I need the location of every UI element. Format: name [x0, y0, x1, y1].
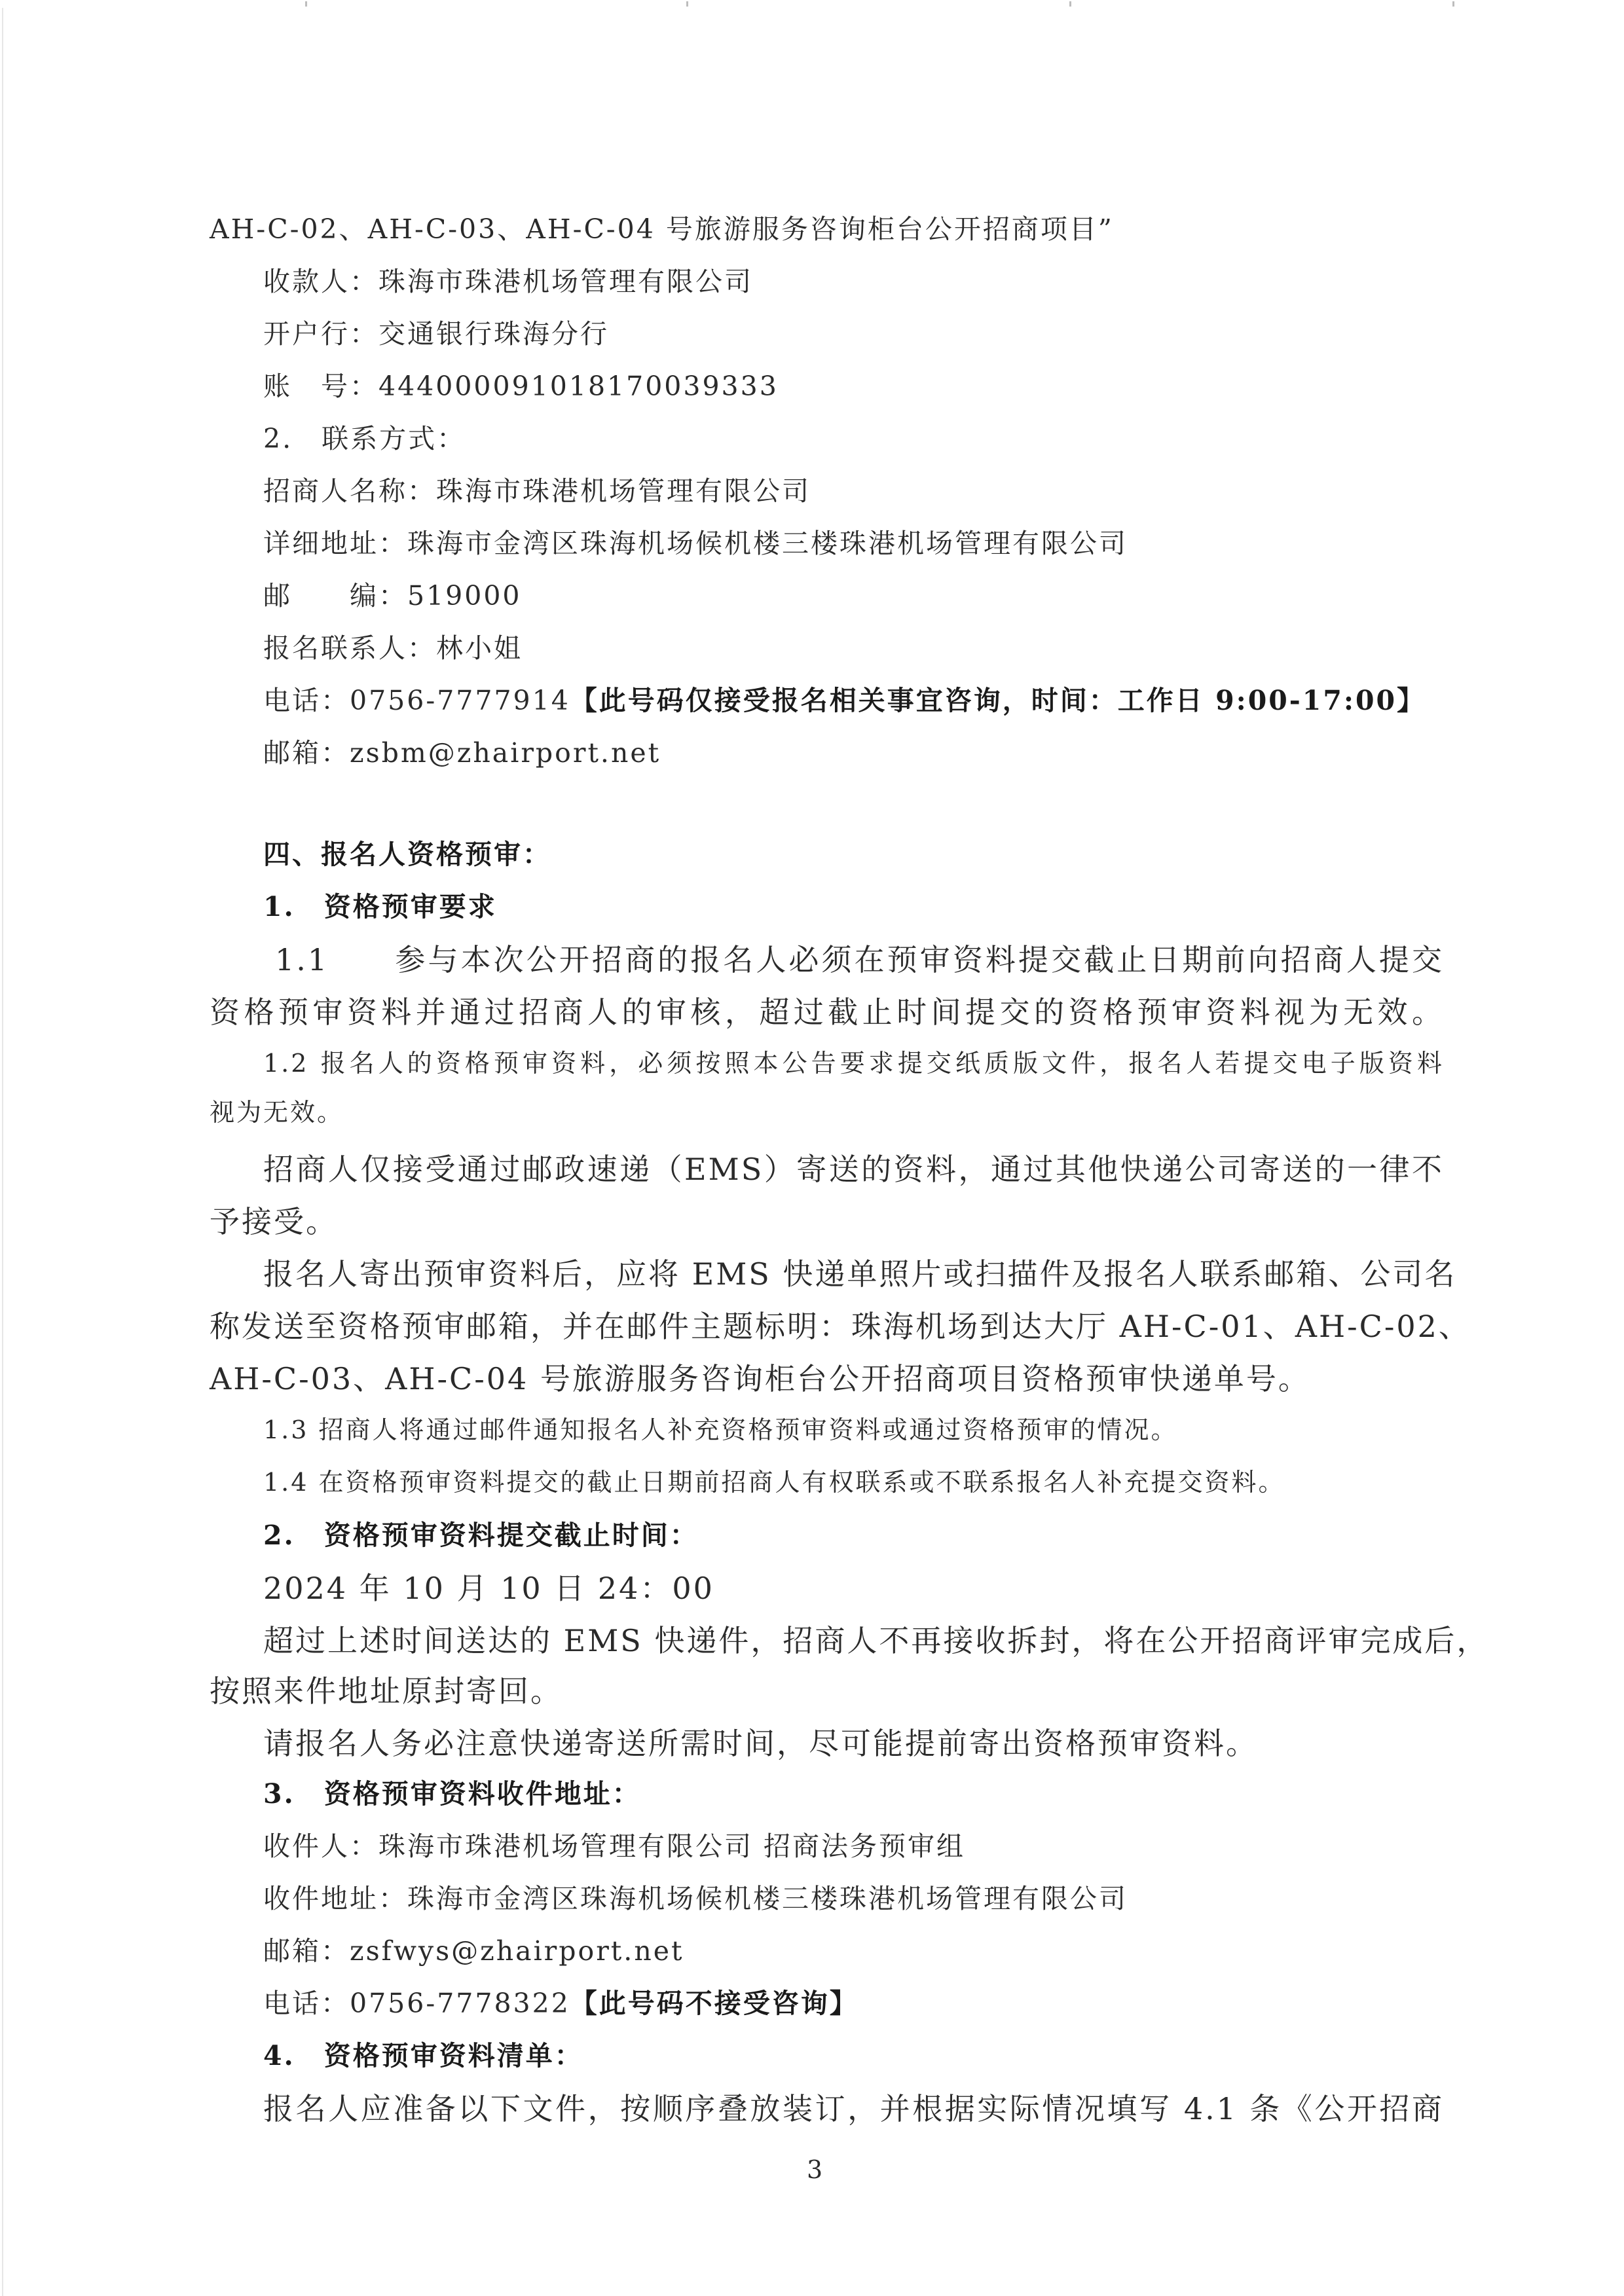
receiving-address-heading: 3. 资格预审资料收件地址： — [263, 1781, 641, 1808]
scan-mark — [305, 1, 307, 7]
deadline-heading: 2. 资格预审资料提交截止时间： — [263, 1522, 699, 1549]
receiving-address-line: 收件地址：珠海市金湾区珠海机场候机楼三楼珠港机场管理有限公司 — [263, 1886, 1128, 1912]
send-paragraph-line-2: 称发送至资格预审邮箱，并在邮件主题标明：珠海机场到达大厅 AH-C-01、AH-… — [210, 1311, 1434, 1341]
send-paragraph-line-1: 报名人寄出预审资料后，应将 EMS 快递单照片或扫描件及报名人联系邮箱、公司名 — [263, 1259, 1444, 1289]
clause-1-1-line-2: 资格预审资料并通过招商人的审核，超过截止时间提交的资格预审资料视为无效。 — [210, 997, 1444, 1027]
contact-heading: 2. 联系方式： — [263, 426, 466, 452]
page-number: 3 — [807, 2155, 822, 2184]
postcode-line: 邮 编：519000 — [263, 583, 522, 610]
deadline-value: 2024 年 10 月 10 日 24：00 — [263, 1573, 714, 1603]
account-line: 账 号：444000091018170039333 — [263, 373, 779, 400]
project-name-continuation: AH-C-02、AH-C-03、AH-C-04 号旅游服务咨询柜台公开招商项目” — [210, 216, 1114, 243]
clause-1-3: 1.3 招商人将通过邮件通知报名人补充资格预审资料或通过资格预审的情况。 — [263, 1417, 1178, 1442]
clause-1-2-line-2: 视为无效。 — [210, 1100, 344, 1125]
late-paragraph-line-2: 按照来件地址原封寄回。 — [210, 1676, 563, 1706]
receiving-email-line: 邮箱：zsfwys@zhairport.net — [263, 1938, 684, 1965]
phone-note: 【此号码仅接受报名相关事宜咨询，时间：工作日 9:00-17:00】 — [570, 685, 1426, 716]
scan-mark — [1452, 1, 1454, 7]
requirements-heading: 1. 资格预审要求 — [263, 894, 497, 920]
phone-line: 电话：0756-7777914【此号码仅接受报名相关事宜咨询，时间：工作日 9:… — [263, 687, 1426, 714]
receiving-phone-line: 电话：0756-7778322【此号码不接受咨询】 — [263, 1990, 858, 2017]
document-list-intro: 报名人应准备以下文件，按顺序叠放装订，并根据实际情况填写 4.1 条《公开招商 — [263, 2094, 1444, 2124]
section4-heading: 四、报名人资格预审： — [263, 841, 551, 868]
clause-1-4: 1.4 在资格预审资料提交的截止日期前招商人有权联系或不联系报名人补充提交资料。 — [263, 1470, 1285, 1495]
ems-paragraph-line-1: 招商人仅接受通过邮政速递（EMS）寄送的资料，通过其他快递公司寄送的一律不 — [263, 1154, 1444, 1184]
scan-mark — [686, 1, 688, 7]
late-paragraph-line-1: 超过上述时间送达的 EMS 快递件，招商人不再接收拆封，将在公开招商评审完成后， — [263, 1626, 1444, 1656]
send-paragraph-line-3: AH-C-03、AH-C-04 号旅游服务咨询柜台公开招商项目资格预审快递单号。 — [210, 1364, 1310, 1394]
recipient-line: 收件人：珠海市珠港机场管理有限公司 招商法务预审组 — [263, 1833, 965, 1860]
phone-number: 电话：0756-7777914 — [263, 685, 570, 716]
address-line: 详细地址：珠海市金湾区珠海机场候机楼三楼珠港机场管理有限公司 — [263, 530, 1128, 557]
payee-line: 收款人：珠海市珠港机场管理有限公司 — [263, 268, 753, 295]
scan-mark — [1069, 1, 1071, 7]
contact-person-line: 报名联系人：林小姐 — [263, 635, 523, 662]
notice-line: 请报名人务必注意快递寄送所需时间，尽可能提前寄出资格预审资料。 — [263, 1728, 1258, 1758]
scan-border — [2, 8, 3, 2296]
clause-1-1-line-1: 1.1 参与本次公开招商的报名人必须在预审资料提交截止日期前向招商人提交 — [275, 945, 1444, 975]
receiving-phone-number: 电话：0756-7778322 — [263, 1988, 570, 2019]
bank-line: 开户行：交通银行珠海分行 — [263, 321, 609, 348]
email-line: 邮箱：zsbm@zhairport.net — [263, 740, 661, 767]
document-list-heading: 4. 资格预审资料清单： — [263, 2043, 583, 2069]
ems-paragraph-line-2: 予接受。 — [210, 1207, 338, 1237]
clause-1-2-line-1: 1.2 报名人的资格预审资料，必须按照本公告要求提交纸质版文件，报名人若提交电子… — [263, 1051, 1444, 1076]
tenderer-name-line: 招商人名称：珠海市珠港机场管理有限公司 — [263, 478, 811, 505]
receiving-phone-note: 【此号码不接受咨询】 — [570, 1988, 858, 2019]
